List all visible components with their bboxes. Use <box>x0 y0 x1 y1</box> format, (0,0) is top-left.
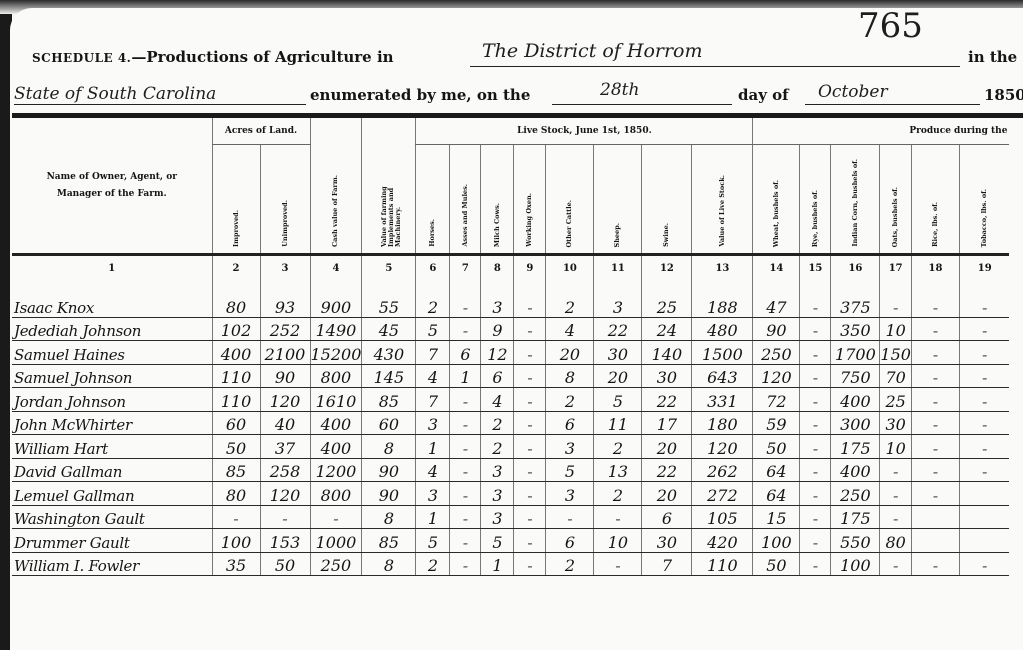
cell-col-5: 90 <box>362 458 416 482</box>
farm-row: Lemuel Gallman80120800903-3-322027264-25… <box>12 482 1009 506</box>
cell-col-12: 17 <box>642 411 692 435</box>
cell-col-2: 100 <box>212 529 260 553</box>
cell-col-2: 400 <box>212 341 260 365</box>
farm-owner-name: Jedediah Johnson <box>12 317 212 341</box>
cell-col-2: - <box>212 505 260 529</box>
cell-col-3: 120 <box>260 388 310 412</box>
col-label-2: Improved. <box>233 210 240 247</box>
cell-col-13: 480 <box>692 317 753 341</box>
cell-col-8: 2 <box>481 435 514 459</box>
cell-col-11: 22 <box>594 317 642 341</box>
cell-col-19: - <box>959 388 1009 412</box>
cell-col-14: 250 <box>753 341 800 365</box>
farm-owner-name: David Gallman <box>12 458 212 482</box>
cell-col-8: 4 <box>481 388 514 412</box>
cell-col-14: 47 <box>753 294 800 317</box>
month-value: October <box>818 82 888 102</box>
col-num-10: 10 <box>546 255 594 281</box>
cell-col-9: - <box>514 482 546 506</box>
cell-col-18 <box>911 505 959 529</box>
farm-owner-name: Lemuel Gallman <box>12 482 212 506</box>
cell-col-18: - <box>911 317 959 341</box>
col-header-9: Working Oxen. <box>514 145 546 255</box>
col-num-3: 3 <box>260 255 310 281</box>
cell-col-7: - <box>450 294 481 317</box>
cell-col-5: 8 <box>362 435 416 459</box>
cell-col-16: 350 <box>831 317 880 341</box>
cell-col-15: - <box>800 364 831 388</box>
cell-col-14: 50 <box>753 435 800 459</box>
col-header-17: Oats, bushels of. <box>880 145 912 255</box>
cell-col-17: 25 <box>880 388 912 412</box>
cell-col-11: 3 <box>594 294 642 317</box>
cell-col-14: 90 <box>753 317 800 341</box>
cell-col-7: - <box>450 388 481 412</box>
column-number-row: 1 2 3 4 5 6 7 8 9 10 11 12 13 14 15 16 1… <box>12 255 1009 281</box>
cell-col-6: 3 <box>416 411 450 435</box>
cell-col-4: 1490 <box>310 317 362 341</box>
farm-row: Samuel Johnson11090800145416-82030643120… <box>12 364 1009 388</box>
cell-col-18: - <box>911 388 959 412</box>
cell-col-7: - <box>450 505 481 529</box>
col-num-14: 14 <box>753 255 800 281</box>
cell-col-5: 60 <box>362 411 416 435</box>
col-header-16: Indian Corn, bushels of. <box>831 145 880 255</box>
farm-owner-name: Washington Gault <box>12 505 212 529</box>
cell-col-8: 3 <box>481 294 514 317</box>
col-label-19: Tobacco, lbs. of. <box>981 189 988 247</box>
cell-col-19: - <box>959 411 1009 435</box>
col-num-19: 19 <box>959 255 1009 281</box>
col-label-13: Value of Live Stock. <box>719 175 726 247</box>
cell-col-6: 4 <box>416 458 450 482</box>
cell-col-12: 7 <box>642 552 692 576</box>
cell-col-4: 400 <box>310 411 362 435</box>
farm-row: David Gallman852581200904-3-5132226264-4… <box>12 458 1009 482</box>
col-label-17: Oats, bushels of. <box>892 187 899 247</box>
cell-col-11: 2 <box>594 482 642 506</box>
cell-col-2: 35 <box>212 552 260 576</box>
cell-col-18: - <box>911 341 959 365</box>
cell-col-17: - <box>880 482 912 506</box>
cell-col-5: 85 <box>362 529 416 553</box>
cell-col-8: 9 <box>481 317 514 341</box>
cell-col-6: 7 <box>416 388 450 412</box>
cell-col-3: - <box>260 505 310 529</box>
cell-col-17: - <box>880 505 912 529</box>
cell-col-15: - <box>800 435 831 459</box>
cell-col-2: 102 <box>212 317 260 341</box>
cell-col-8: 12 <box>481 341 514 365</box>
cell-col-4: 800 <box>310 482 362 506</box>
cell-col-18: - <box>911 411 959 435</box>
cell-col-11: - <box>594 505 642 529</box>
col-label-7: Asses and Mules. <box>462 184 469 247</box>
col-header-15: Rye, bushels of. <box>800 145 831 255</box>
farm-rows: Isaac Knox8093900552-3-232518847-375---J… <box>12 294 1009 576</box>
cell-col-9: - <box>514 435 546 459</box>
cell-col-19: - <box>959 341 1009 365</box>
cell-col-6: 2 <box>416 552 450 576</box>
cell-col-13: 180 <box>692 411 753 435</box>
cell-col-4: 900 <box>310 294 362 317</box>
cell-col-6: 5 <box>416 317 450 341</box>
cell-col-19: - <box>959 458 1009 482</box>
cell-col-8: 6 <box>481 364 514 388</box>
cell-col-9: - <box>514 411 546 435</box>
cell-col-7: - <box>450 435 481 459</box>
col-header-11: Sheep. <box>594 145 642 255</box>
farm-row: Isaac Knox8093900552-3-232518847-375--- <box>12 294 1009 317</box>
cell-col-6: 1 <box>416 435 450 459</box>
cell-col-17: - <box>880 294 912 317</box>
cell-col-13: 262 <box>692 458 753 482</box>
cell-col-8: 2 <box>481 411 514 435</box>
group-produce: Produce during the <box>753 118 1010 145</box>
cell-col-10: 5 <box>546 458 594 482</box>
cell-col-5: 85 <box>362 388 416 412</box>
cell-col-18: - <box>911 458 959 482</box>
cell-col-16: 300 <box>831 411 880 435</box>
cell-col-3: 40 <box>260 411 310 435</box>
cell-col-12: 140 <box>642 341 692 365</box>
cell-col-16: 1700 <box>831 341 880 365</box>
cell-col-12: 25 <box>642 294 692 317</box>
cell-col-16: 375 <box>831 294 880 317</box>
col-label-9: Working Oxen. <box>526 193 533 247</box>
col-label-18: Rice, lbs. of. <box>932 202 939 247</box>
cell-col-17: - <box>880 552 912 576</box>
cell-col-7: - <box>450 482 481 506</box>
farm-row: Jordan Johnson1101201610857-4-252233172-… <box>12 388 1009 412</box>
farm-row: Washington Gault---81-3---610515-175- <box>12 505 1009 529</box>
in-the-text: in the <box>968 48 1017 66</box>
cell-col-2: 80 <box>212 482 260 506</box>
cell-col-9: - <box>514 552 546 576</box>
col-header-10: Other Cattle. <box>546 145 594 255</box>
col-num-5: 5 <box>362 255 416 281</box>
district-value: The District of Horrom <box>482 40 703 62</box>
cell-col-12: 30 <box>642 529 692 553</box>
col-header-2: Improved. <box>212 145 260 255</box>
cell-col-9: - <box>514 364 546 388</box>
cell-col-18: - <box>911 364 959 388</box>
cell-col-9: - <box>514 317 546 341</box>
cell-col-7: 6 <box>450 341 481 365</box>
day-blank <box>552 104 732 105</box>
cell-col-12: 24 <box>642 317 692 341</box>
cell-col-9: - <box>514 294 546 317</box>
cell-col-5: 55 <box>362 294 416 317</box>
cell-col-5: 90 <box>362 482 416 506</box>
col-label-15: Rye, bushels of. <box>812 190 819 247</box>
cell-col-15: - <box>800 529 831 553</box>
cell-col-17: 80 <box>880 529 912 553</box>
cell-col-10: 2 <box>546 294 594 317</box>
cell-col-11: 30 <box>594 341 642 365</box>
cell-col-12: 22 <box>642 458 692 482</box>
month-blank <box>805 104 980 105</box>
cell-col-2: 110 <box>212 388 260 412</box>
col-label-10: Other Cattle. <box>566 200 573 247</box>
cell-col-14: 72 <box>753 388 800 412</box>
cell-col-15: - <box>800 458 831 482</box>
col-label-6: Horses. <box>429 219 436 247</box>
cell-col-8: 3 <box>481 482 514 506</box>
col-num-15: 15 <box>800 255 831 281</box>
cell-col-11: 10 <box>594 529 642 553</box>
cell-col-16: 250 <box>831 482 880 506</box>
cell-col-18: - <box>911 482 959 506</box>
cell-col-4: 1000 <box>310 529 362 553</box>
col-header-19: Tobacco, lbs. of. <box>959 145 1009 255</box>
cell-col-4: 400 <box>310 435 362 459</box>
farm-row: William I. Fowler355025082-1-2-711050-10… <box>12 552 1009 576</box>
cell-col-14: 50 <box>753 552 800 576</box>
cell-col-16: 400 <box>831 458 880 482</box>
cell-col-17: 10 <box>880 435 912 459</box>
cell-col-10: 6 <box>546 411 594 435</box>
col-num-12: 12 <box>642 255 692 281</box>
cell-col-14: 120 <box>753 364 800 388</box>
col-num-8: 8 <box>481 255 514 281</box>
cell-col-11: 11 <box>594 411 642 435</box>
cell-col-16: 750 <box>831 364 880 388</box>
cell-col-15: - <box>800 411 831 435</box>
cell-col-10: 8 <box>546 364 594 388</box>
cell-col-14: 64 <box>753 482 800 506</box>
cell-col-14: 64 <box>753 458 800 482</box>
col-header-name: Name of Owner, Agent, or Manager of the … <box>12 118 212 255</box>
cell-col-5: 8 <box>362 552 416 576</box>
cell-col-2: 110 <box>212 364 260 388</box>
cell-col-6: 3 <box>416 482 450 506</box>
cell-col-12: 22 <box>642 388 692 412</box>
cell-col-11: - <box>594 552 642 576</box>
schedule-title: SCHEDULE 4.—Productions of Agriculture i… <box>32 48 394 66</box>
enumerated-text: enumerated by me, on the <box>310 86 530 104</box>
col-num-18: 18 <box>911 255 959 281</box>
farm-row: John McWhirter6040400603-2-6111718059-30… <box>12 411 1009 435</box>
cell-col-14: 15 <box>753 505 800 529</box>
cell-col-11: 5 <box>594 388 642 412</box>
cell-col-4: 15200 <box>310 341 362 365</box>
cell-col-17: 150 <box>880 341 912 365</box>
cell-col-3: 90 <box>260 364 310 388</box>
col-label-14: Wheat, bushels of. <box>773 180 780 247</box>
group-livestock: Live Stock, June 1st, 1850. <box>416 118 753 145</box>
cell-col-13: 120 <box>692 435 753 459</box>
cell-col-6: 2 <box>416 294 450 317</box>
cell-col-3: 258 <box>260 458 310 482</box>
cell-col-6: 4 <box>416 364 450 388</box>
cell-col-8: 3 <box>481 458 514 482</box>
cell-col-5: 45 <box>362 317 416 341</box>
title-text: —Productions of Agriculture in <box>131 48 393 66</box>
cell-col-15: - <box>800 388 831 412</box>
cell-col-14: 100 <box>753 529 800 553</box>
cell-col-16: 400 <box>831 388 880 412</box>
cell-col-9: - <box>514 505 546 529</box>
cell-col-10: 2 <box>546 388 594 412</box>
cell-col-17: 30 <box>880 411 912 435</box>
cell-col-13: 272 <box>692 482 753 506</box>
col-header-14: Wheat, bushels of. <box>753 145 800 255</box>
farm-owner-name: Samuel Haines <box>12 341 212 365</box>
cell-col-3: 2100 <box>260 341 310 365</box>
farm-row: Drummer Gault1001531000855-5-61030420100… <box>12 529 1009 553</box>
farm-owner-name: Jordan Johnson <box>12 388 212 412</box>
name-header-label: Name of Owner, Agent, or Manager of the … <box>42 169 182 203</box>
cell-col-9: - <box>514 388 546 412</box>
cell-col-7: - <box>450 458 481 482</box>
col-label-4: Cash value of Farm. <box>332 175 339 247</box>
farm-owner-name: William Hart <box>12 435 212 459</box>
cell-col-12: 20 <box>642 482 692 506</box>
group-acres: Acres of Land. <box>212 118 310 145</box>
cell-col-7: - <box>450 411 481 435</box>
col-label-11: Sheep. <box>614 223 621 248</box>
farm-row: Jedediah Johnson1022521490455-9-42224480… <box>12 317 1009 341</box>
col-header-5: Value of farming Implements and Machiner… <box>362 118 416 255</box>
cell-col-13: 110 <box>692 552 753 576</box>
day-of-text: day of <box>738 86 789 104</box>
col-num-17: 17 <box>880 255 912 281</box>
cell-col-18 <box>911 529 959 553</box>
cell-col-13: 331 <box>692 388 753 412</box>
cell-col-15: - <box>800 294 831 317</box>
col-num-16: 16 <box>831 255 880 281</box>
cell-col-12: 20 <box>642 435 692 459</box>
cell-col-13: 1500 <box>692 341 753 365</box>
cell-col-5: 145 <box>362 364 416 388</box>
cell-col-10: 4 <box>546 317 594 341</box>
cell-col-14: 59 <box>753 411 800 435</box>
state-value: State of South Carolina <box>14 84 216 104</box>
farm-owner-name: Samuel Johnson <box>12 364 212 388</box>
cell-col-12: 30 <box>642 364 692 388</box>
col-header-4: Cash value of Farm. <box>310 118 362 255</box>
cell-col-19 <box>959 505 1009 529</box>
cell-col-16: 175 <box>831 505 880 529</box>
year-text: 1850 <box>984 86 1023 104</box>
col-header-18: Rice, lbs. of. <box>911 145 959 255</box>
cell-col-4: 800 <box>310 364 362 388</box>
col-header-7: Asses and Mules. <box>450 145 481 255</box>
cell-col-18: - <box>911 435 959 459</box>
col-header-3: Unimproved. <box>260 145 310 255</box>
cell-col-16: 100 <box>831 552 880 576</box>
cell-col-16: 550 <box>831 529 880 553</box>
col-num-1: 1 <box>12 255 212 281</box>
col-num-13: 13 <box>692 255 753 281</box>
day-value: 28th <box>600 80 639 100</box>
page-number: 765 <box>858 6 923 46</box>
cell-col-15: - <box>800 341 831 365</box>
cell-col-4: 250 <box>310 552 362 576</box>
col-num-4: 4 <box>310 255 362 281</box>
col-header-8: Milch Cows. <box>481 145 514 255</box>
cell-col-19 <box>959 529 1009 553</box>
cell-col-8: 1 <box>481 552 514 576</box>
cell-col-19: - <box>959 435 1009 459</box>
cell-col-3: 50 <box>260 552 310 576</box>
cell-col-6: 5 <box>416 529 450 553</box>
cell-col-2: 50 <box>212 435 260 459</box>
col-header-13: Value of Live Stock. <box>692 145 753 255</box>
cell-col-3: 93 <box>260 294 310 317</box>
cell-col-5: 430 <box>362 341 416 365</box>
cell-col-17: - <box>880 458 912 482</box>
cell-col-11: 13 <box>594 458 642 482</box>
cell-col-8: 5 <box>481 529 514 553</box>
cell-col-10: 20 <box>546 341 594 365</box>
cell-col-10: 2 <box>546 552 594 576</box>
col-num-2: 2 <box>212 255 260 281</box>
cell-col-10: 3 <box>546 482 594 506</box>
district-blank <box>470 66 960 67</box>
col-label-12: Swine. <box>663 223 670 247</box>
cell-col-7: - <box>450 317 481 341</box>
cell-col-12: 6 <box>642 505 692 529</box>
cell-col-3: 37 <box>260 435 310 459</box>
cell-col-18: - <box>911 552 959 576</box>
cell-col-13: 188 <box>692 294 753 317</box>
col-label-5: Value of farming Implements and Machiner… <box>381 147 397 247</box>
cell-col-13: 643 <box>692 364 753 388</box>
cell-col-4: 1200 <box>310 458 362 482</box>
cell-col-9: - <box>514 341 546 365</box>
cell-col-3: 120 <box>260 482 310 506</box>
cell-col-13: 105 <box>692 505 753 529</box>
cell-col-9: - <box>514 529 546 553</box>
farm-owner-name: Isaac Knox <box>12 294 212 317</box>
cell-col-5: 8 <box>362 505 416 529</box>
cell-col-4: 1610 <box>310 388 362 412</box>
cell-col-2: 85 <box>212 458 260 482</box>
col-header-12: Swine. <box>642 145 692 255</box>
cell-col-16: 175 <box>831 435 880 459</box>
col-num-7: 7 <box>450 255 481 281</box>
cell-col-19: - <box>959 364 1009 388</box>
cell-col-10: 3 <box>546 435 594 459</box>
spacer-row <box>12 280 1009 294</box>
cell-col-17: 70 <box>880 364 912 388</box>
col-num-11: 11 <box>594 255 642 281</box>
agriculture-table: Name of Owner, Agent, or Manager of the … <box>12 118 1009 576</box>
cell-col-19: - <box>959 317 1009 341</box>
cell-col-19 <box>959 482 1009 506</box>
farm-owner-name: Drummer Gault <box>12 529 212 553</box>
col-label-3: Unimproved. <box>282 200 289 247</box>
farm-row: William Hart503740081-2-322012050-17510-… <box>12 435 1009 459</box>
state-blank <box>14 104 306 105</box>
cell-col-15: - <box>800 552 831 576</box>
cell-col-18: - <box>911 294 959 317</box>
cell-col-7: 1 <box>450 364 481 388</box>
cell-col-7: - <box>450 529 481 553</box>
cell-col-15: - <box>800 482 831 506</box>
cell-col-10: 6 <box>546 529 594 553</box>
farm-owner-name: John McWhirter <box>12 411 212 435</box>
col-num-6: 6 <box>416 255 450 281</box>
cell-col-9: - <box>514 458 546 482</box>
cell-col-19: - <box>959 552 1009 576</box>
farm-row: Samuel Haines4002100152004307612-2030140… <box>12 341 1009 365</box>
cell-col-3: 252 <box>260 317 310 341</box>
col-header-6: Horses. <box>416 145 450 255</box>
cell-col-13: 420 <box>692 529 753 553</box>
